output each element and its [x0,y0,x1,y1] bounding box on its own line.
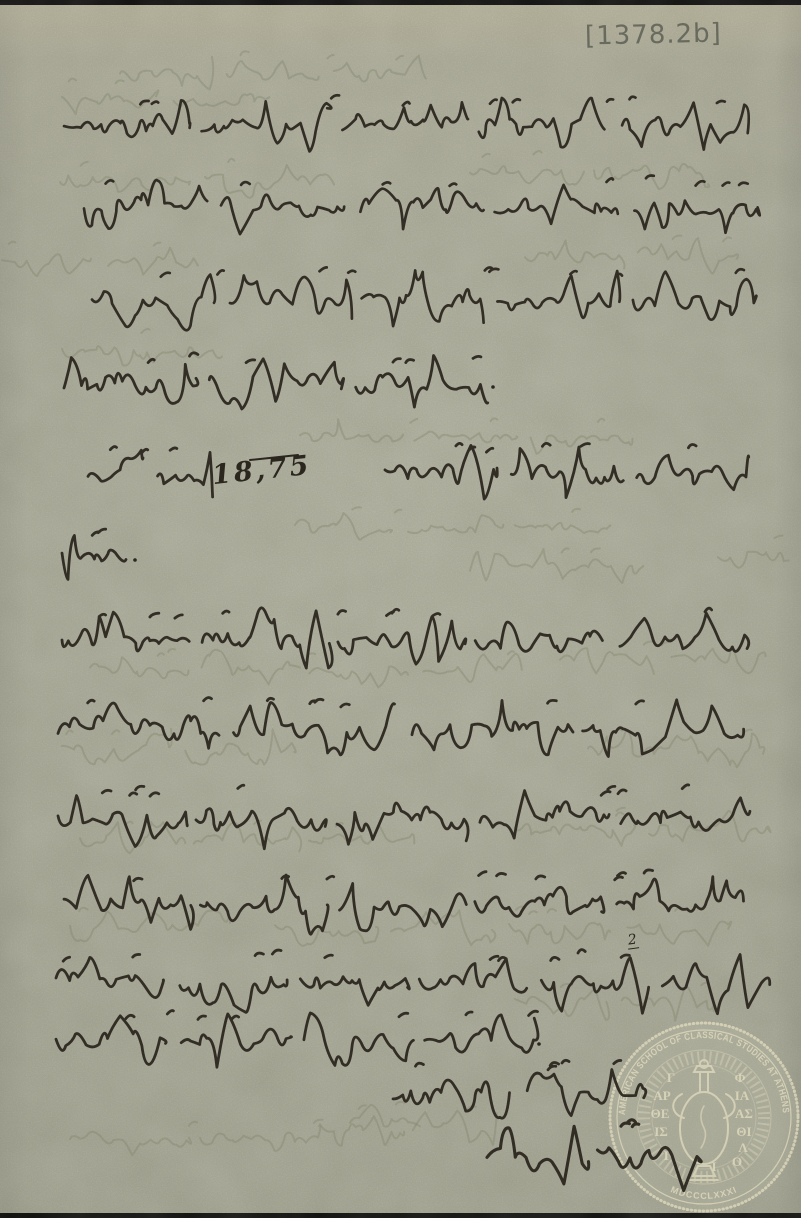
handwritten-signature [487,1120,701,1191]
ghost-bleedthrough-line [70,1120,323,1156]
handwritten-line-3 [92,267,756,330]
handwritten-line-2 [84,176,760,235]
scanned-letter-page: AMERICAN SCHOOL OF CLASSICAL STUDIES AT … [0,0,801,1218]
ghost-bleedthrough-line [120,51,426,89]
handwritten-line-8 [58,698,744,757]
handwritten-line-5-after-amount [385,443,749,499]
handwritten-line-1 [64,95,749,151]
handwritten-line-12 [56,1011,538,1068]
ghost-bleedthrough-line [470,548,643,583]
archival-reference-number: [1378.2b] [585,19,722,52]
handwritten-line-5-before-amount [88,447,213,497]
ghost-bleedthrough-line [295,507,611,539]
handwritten-closing [393,1060,646,1118]
handwriting-layer [0,0,801,1218]
ghost-bleedthrough-line [560,642,765,674]
period-dot [491,385,495,389]
ghost-bleedthrough-line [350,1102,420,1127]
ghost-bleedthrough-line [718,536,789,568]
ghost-bleedthrough-line [62,79,269,115]
period-dot [537,1042,541,1046]
ghost-bleedthrough-line [70,908,230,942]
ghost-bleedthrough-line [300,418,633,453]
ghost-bleedthrough-line [62,329,222,366]
superscript-mark: 2 [626,931,639,949]
handwritten-line-11 [56,950,770,1014]
ghost-bleedthrough-line [275,907,731,946]
ghost-bleedthrough-line [320,1105,497,1145]
ghost-bleedthrough-line [2,242,198,276]
ghost-bleedthrough-line [470,151,709,189]
ghost-bleedthrough-line [525,236,738,274]
period-dot [133,558,137,562]
handwritten-line-6 [62,529,126,579]
handwritten-line-4 [64,353,488,409]
